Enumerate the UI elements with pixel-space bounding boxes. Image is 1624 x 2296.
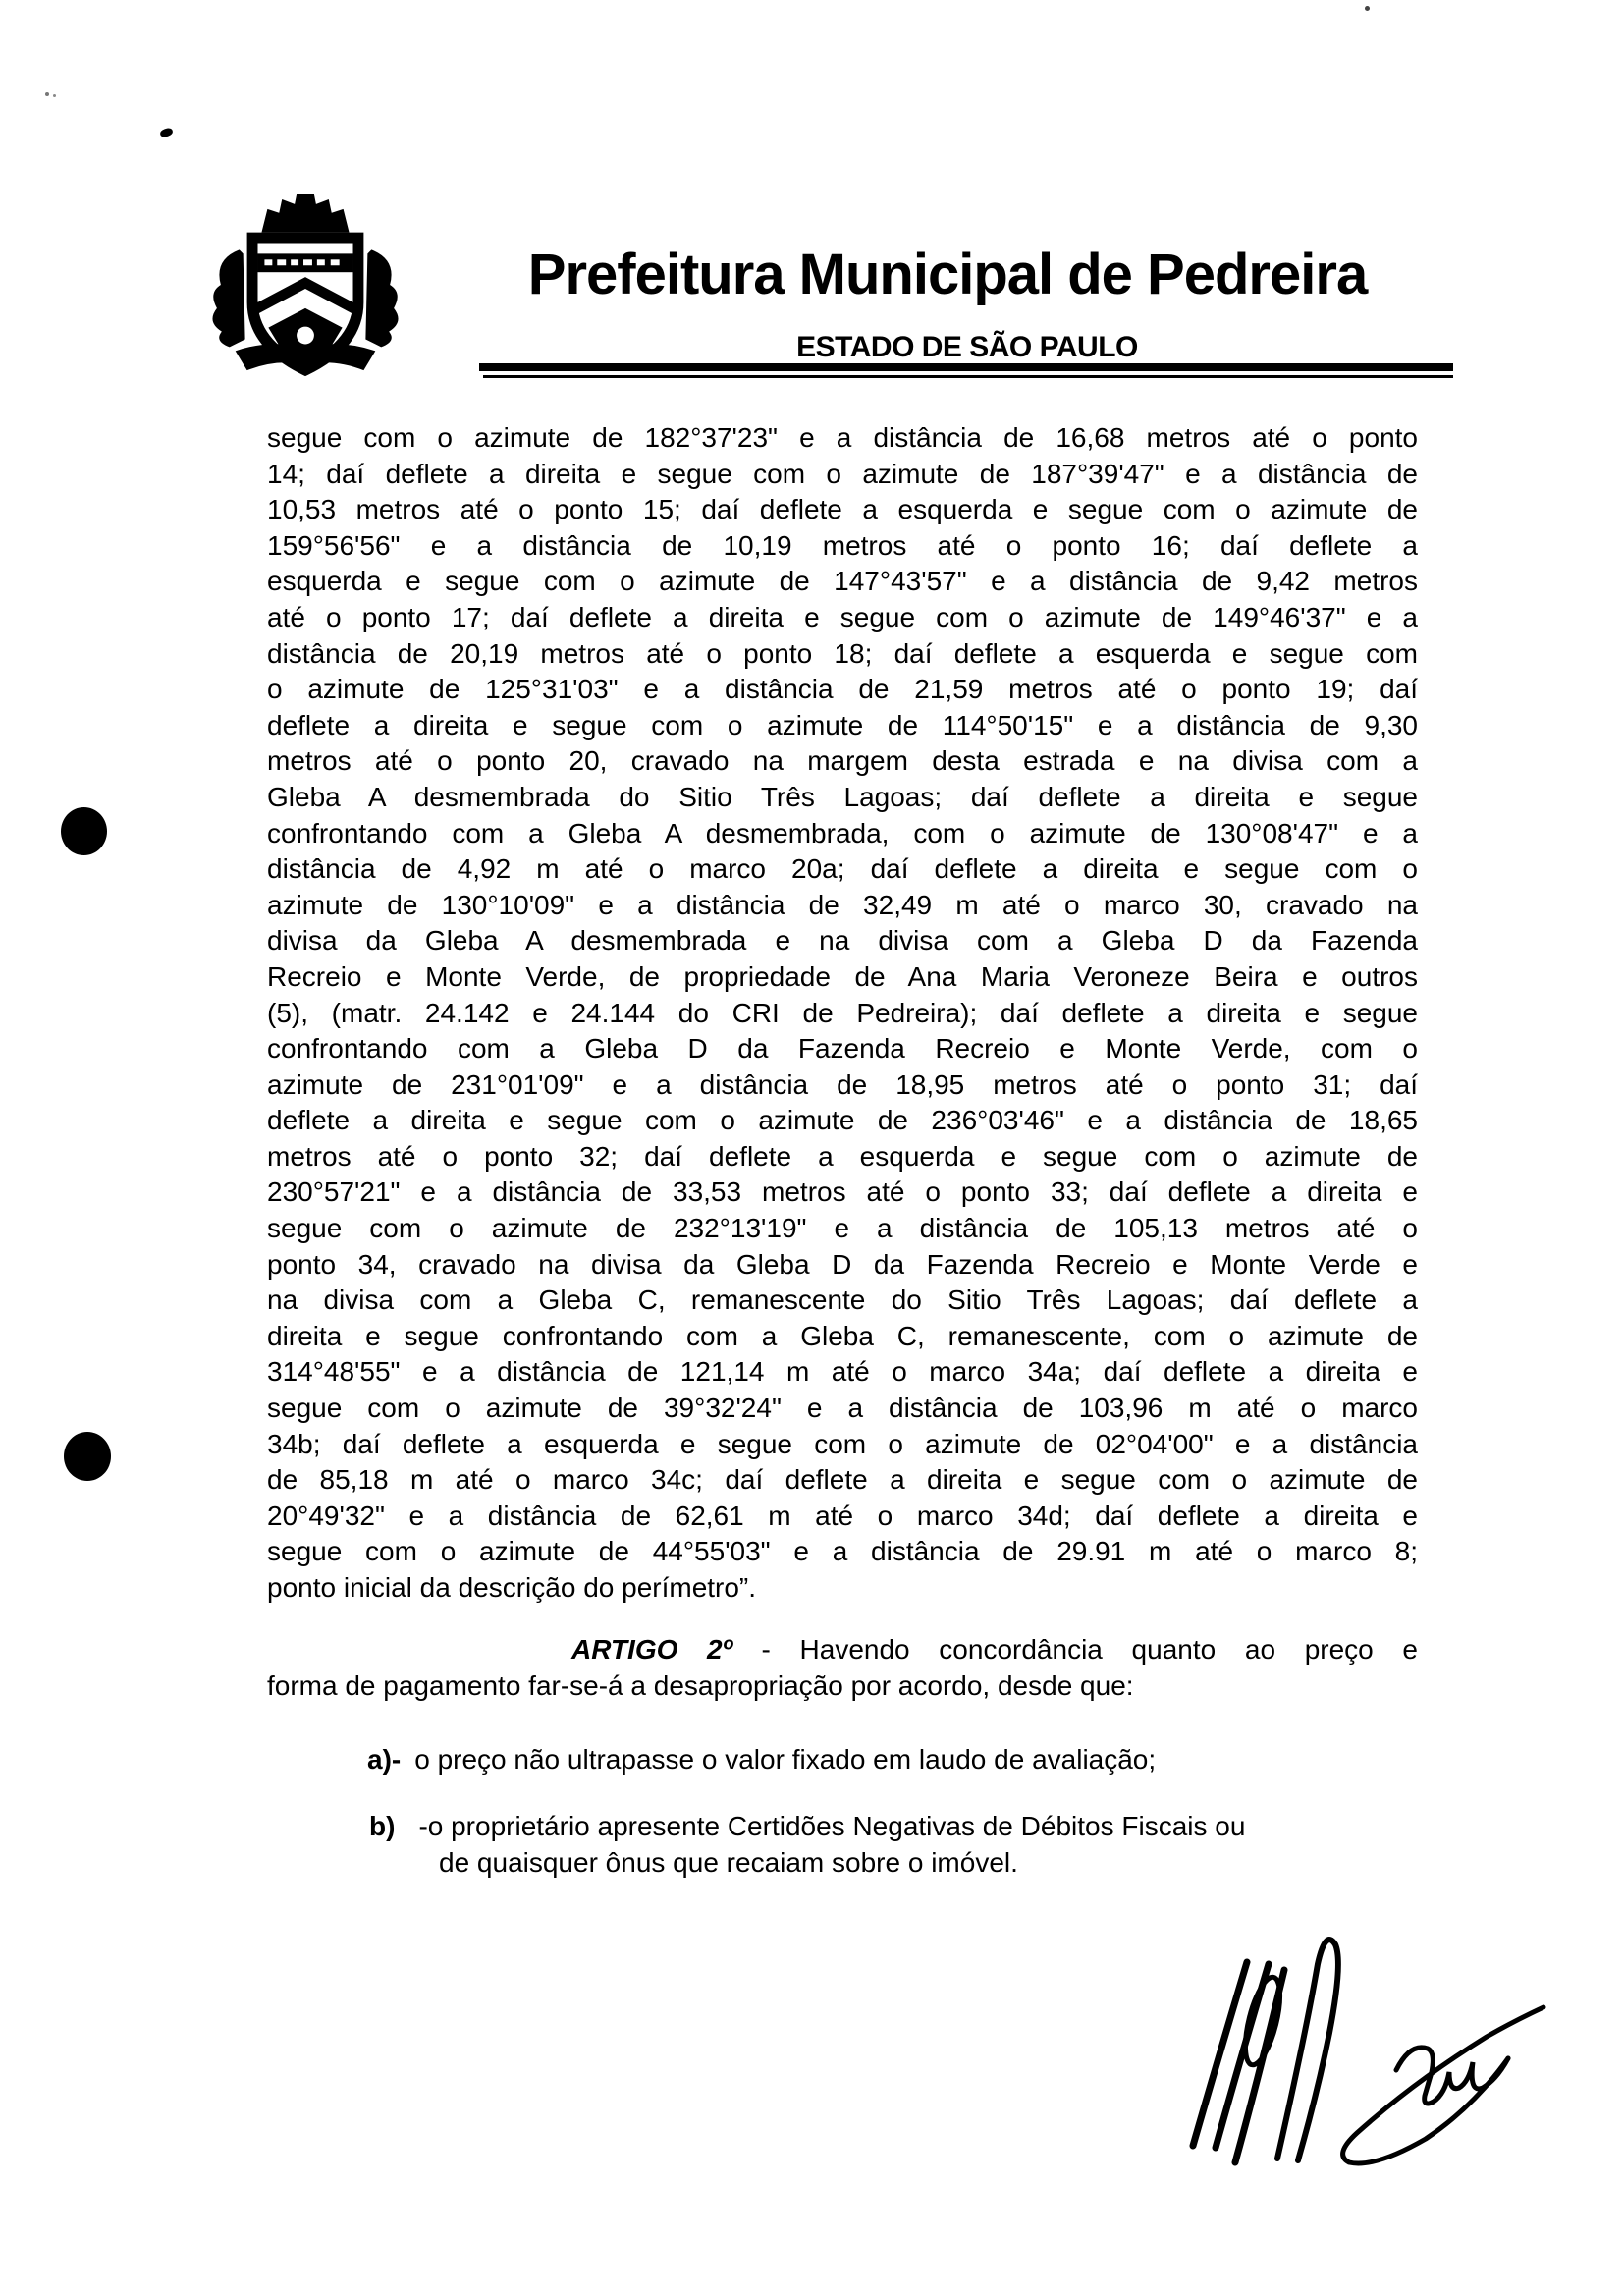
- scanned-document-page: Prefeitura Municipal de Pedreira ESTADO …: [0, 0, 1624, 2296]
- item-b-marker: b): [369, 1811, 395, 1841]
- punch-hole: [64, 1432, 111, 1481]
- item-b-line-2: de quaisquer ônus que recaiam sobre o im…: [369, 1845, 1420, 1882]
- ink-speck: [1365, 6, 1370, 11]
- text-line: de 85,18 m até o marco 34c; daí deflete …: [267, 1462, 1418, 1499]
- page-subtitle: ESTADO DE SÃO PAULO: [481, 331, 1453, 364]
- text-line: direita e segue confrontando com a Gleba…: [267, 1319, 1418, 1355]
- text-line: 314°48'55" e a distância de 121,14 m até…: [267, 1354, 1418, 1391]
- text-line: 20°49'32" e a distância de 62,61 m até o…: [267, 1499, 1418, 1535]
- item-a-text: o preço não ultrapasse o valor fixado em…: [414, 1744, 1156, 1775]
- text-line: deflete a direita e segue com o azimute …: [267, 1103, 1418, 1139]
- page-title: Prefeitura Municipal de Pedreira: [432, 242, 1463, 307]
- text-line: divisa da Gleba A desmembrada e na divis…: [267, 923, 1418, 959]
- coat-of-arms-pedreira: [208, 192, 403, 389]
- text-line: azimute de 231°01'09" e a distância de 1…: [267, 1067, 1418, 1104]
- text-line: 230°57'21" e a distância de 33,53 metros…: [267, 1175, 1418, 1211]
- text-line: até o ponto 17; daí deflete a direita e …: [267, 600, 1418, 636]
- item-b-line-1: b)-o proprietário apresente Certidões Ne…: [369, 1809, 1420, 1845]
- text-line: esquerda e segue com o azimute de 147°43…: [267, 564, 1418, 600]
- text-line: confrontando com a Gleba D da Fazenda Re…: [267, 1031, 1418, 1067]
- text-line: Recreio e Monte Verde, de propriedade de…: [267, 959, 1418, 996]
- text-line: ponto inicial da descrição do perímetro”…: [267, 1570, 1418, 1607]
- list-item-b: b)-o proprietário apresente Certidões Ne…: [369, 1809, 1420, 1881]
- text-line: 14; daí deflete a direita e segue com o …: [267, 457, 1418, 493]
- text-line: azimute de 130°10'09" e a distância de 3…: [267, 888, 1418, 924]
- ink-speck: [159, 127, 174, 138]
- artigo-2-text: - Havendo concordância quanto ao preço e: [732, 1634, 1418, 1665]
- item-a-marker: a)-: [367, 1744, 401, 1775]
- artigo-2-label: ARTIGO 2º: [571, 1634, 732, 1665]
- text-line: ponto 34, cravado na divisa da Gleba D d…: [267, 1247, 1418, 1284]
- text-line: distância de 20,19 metros até o ponto 18…: [267, 636, 1418, 673]
- ink-speck: [53, 94, 56, 97]
- text-line: (5), (matr. 24.142 e 24.144 do CRI de Pe…: [267, 996, 1418, 1032]
- text-line: segue com o azimute de 232°13'19" e a di…: [267, 1211, 1418, 1247]
- signature-initials: [1193, 1940, 1338, 2162]
- header-rule-thick: [479, 363, 1453, 371]
- text-line: segue com o azimute de 182°37'23" e a di…: [267, 420, 1418, 457]
- list-item-a: a)-o preço não ultrapasse o valor fixado…: [367, 1742, 1418, 1778]
- text-line: segue com o azimute de 39°32'24" e a dis…: [267, 1391, 1418, 1427]
- text-line: 10,53 metros até o ponto 15; daí deflete…: [267, 492, 1418, 528]
- item-b-text: -o proprietário apresente Certidões Nega…: [418, 1811, 1245, 1841]
- artigo-2-line-1: ARTIGO 2º - Havendo concordância quanto …: [267, 1632, 1418, 1668]
- text-line: segue com o azimute de 44°55'03" e a dis…: [267, 1534, 1418, 1570]
- text-line: metros até o ponto 20, cravado na margem…: [267, 743, 1418, 780]
- handwritten-signatures: [1149, 1915, 1571, 2180]
- text-line: metros até o ponto 32; daí deflete a esq…: [267, 1139, 1418, 1175]
- text-line: deflete a direita e segue com o azimute …: [267, 708, 1418, 744]
- text-line: na divisa com a Gleba C, remanescente do…: [267, 1283, 1418, 1319]
- punch-hole: [61, 807, 107, 855]
- ink-speck: [45, 92, 49, 96]
- text-line: distância de 4,92 m até o marco 20a; daí…: [267, 851, 1418, 888]
- text-line: Gleba A desmembrada do Sitio Três Lagoas…: [267, 780, 1418, 816]
- text-line: 159°56'56" e a distância de 10,19 metros…: [267, 528, 1418, 565]
- text-line: confrontando com a Gleba A desmembrada, …: [267, 816, 1418, 852]
- signature-flourish: [1343, 2007, 1543, 2163]
- text-line: 34b; daí deflete a esquerda e segue com …: [267, 1427, 1418, 1463]
- header-rule-thin: [483, 375, 1453, 378]
- artigo-2-paragraph: ARTIGO 2º - Havendo concordância quanto …: [267, 1632, 1418, 1704]
- text-line: o azimute de 125°31'03" e a distância de…: [267, 672, 1418, 708]
- artigo-2-line-2: forma de pagamento far-se-á a desapropri…: [267, 1668, 1418, 1705]
- deed-description-paragraph: segue com o azimute de 182°37'23" e a di…: [267, 420, 1418, 1607]
